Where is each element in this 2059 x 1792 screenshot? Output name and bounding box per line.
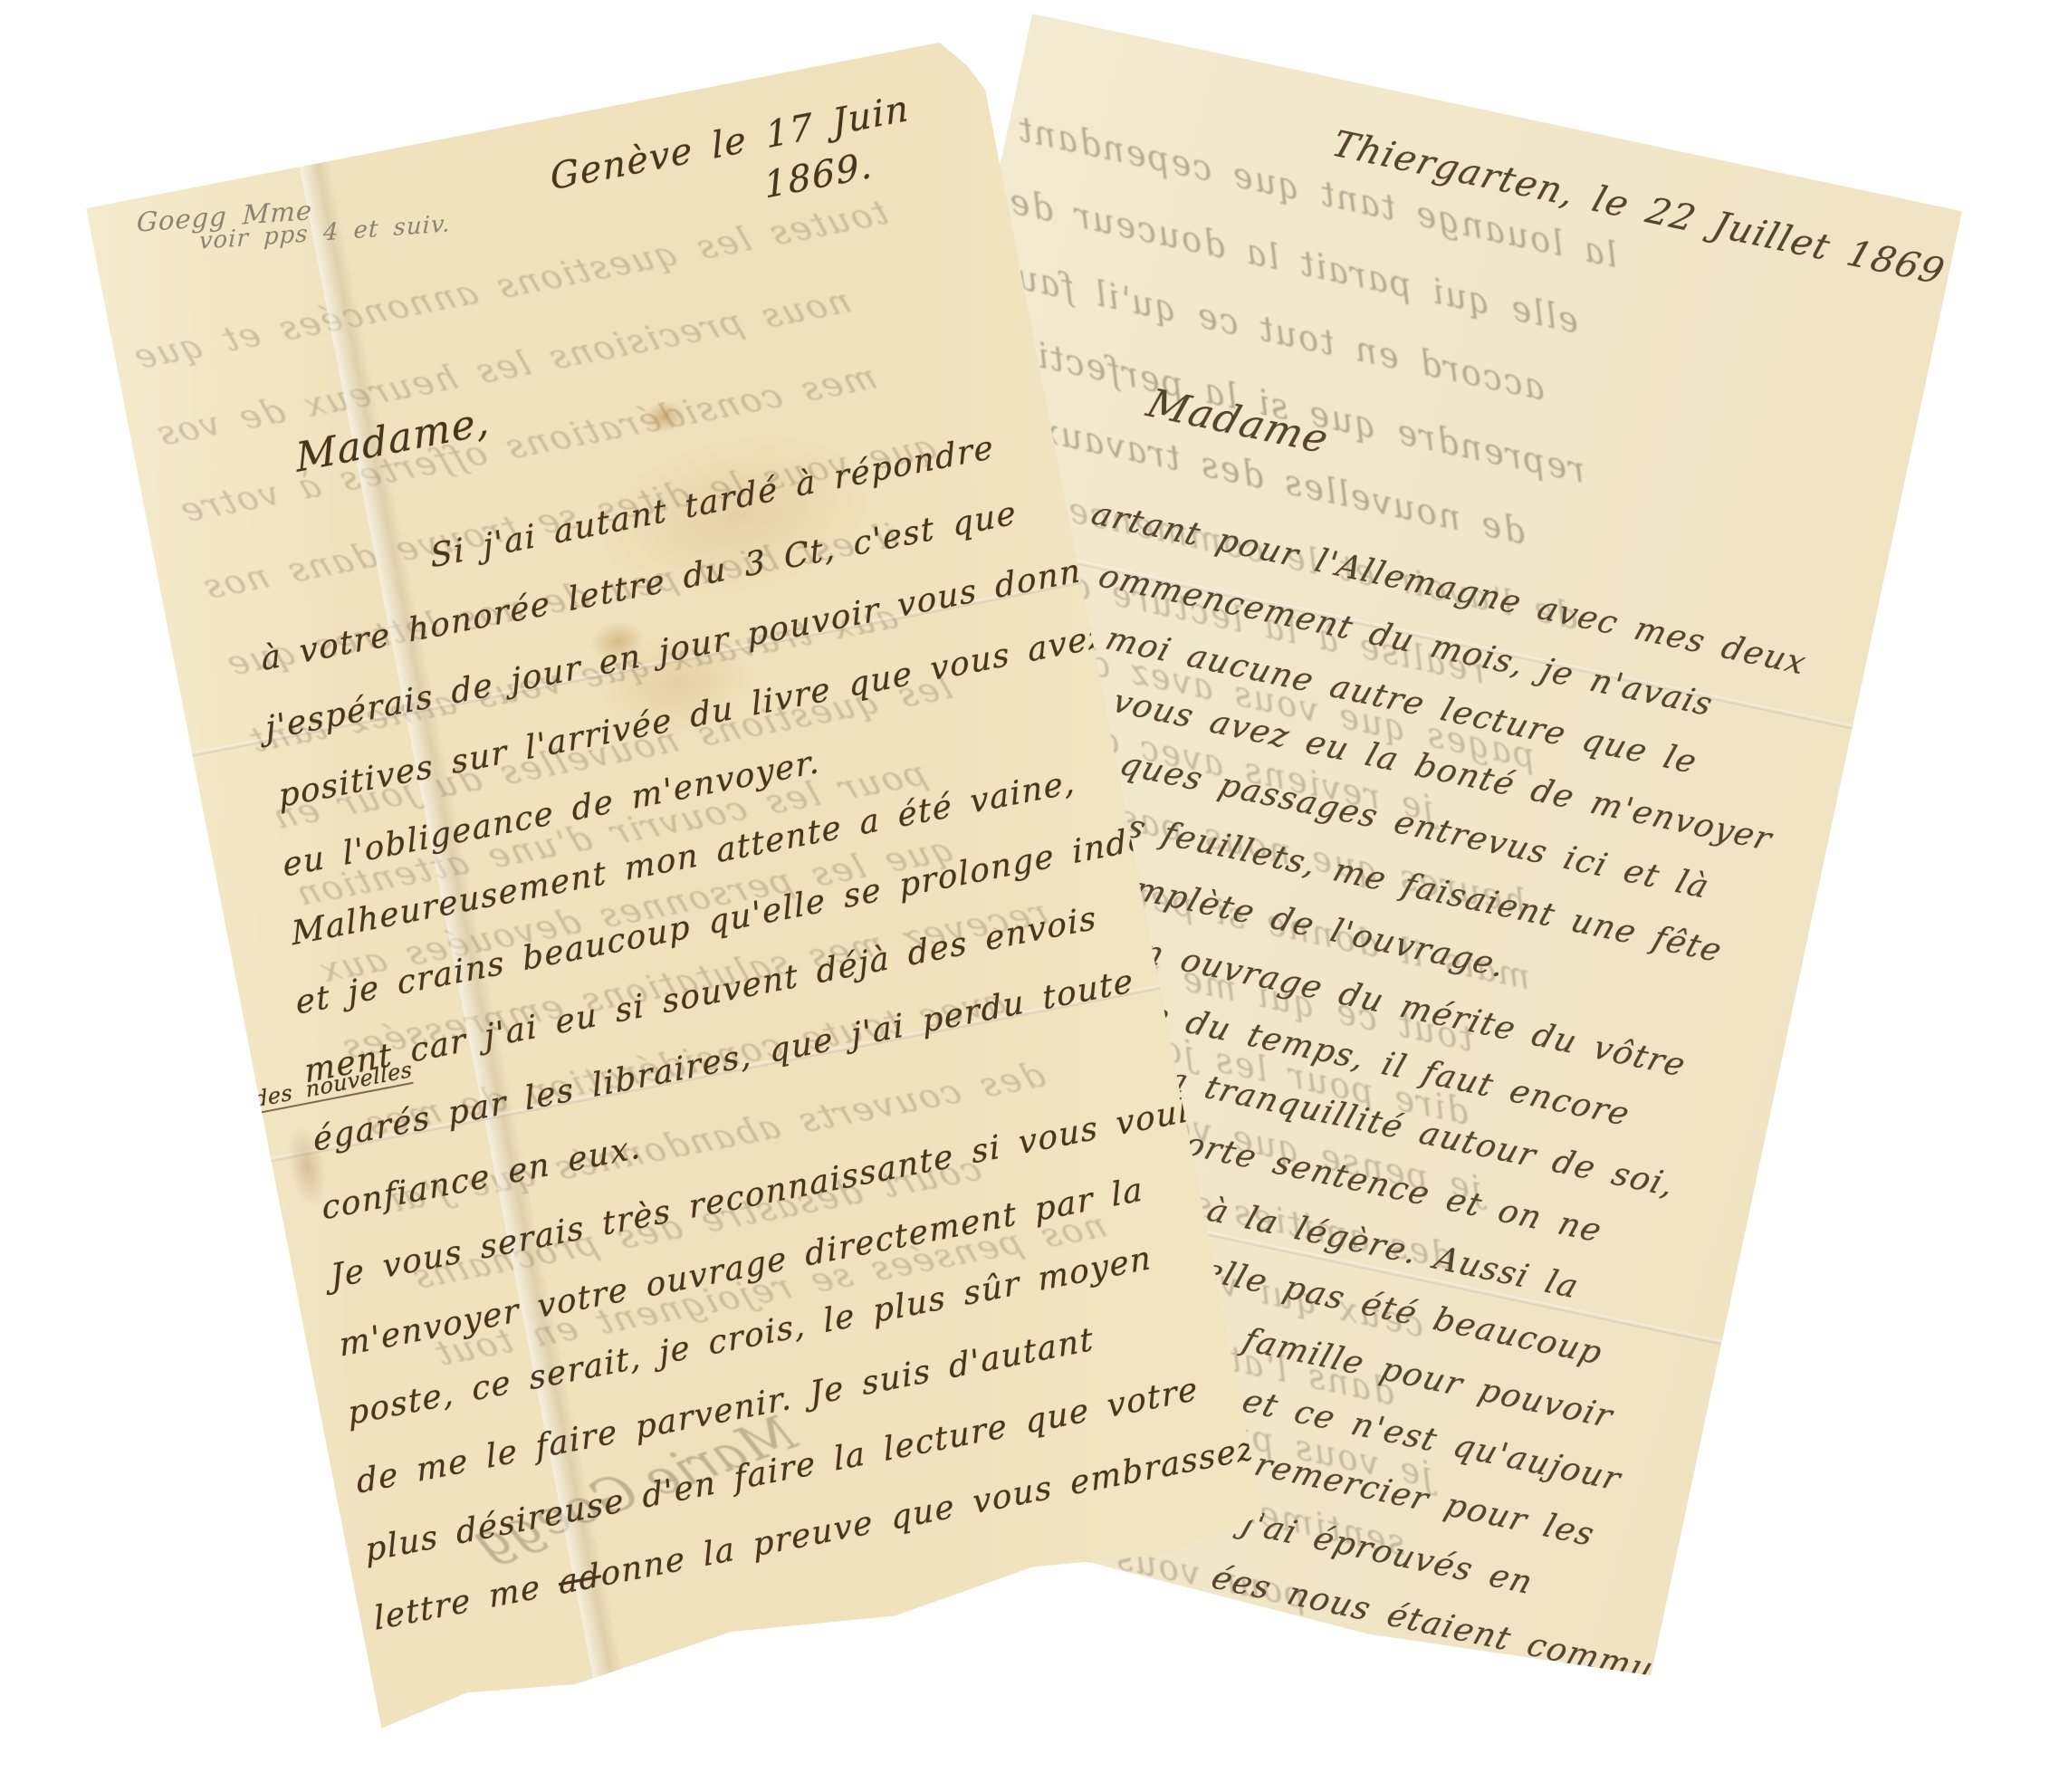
photograph-of-two-letters: la louange tant que cependantelle qui pa… — [0, 0, 2059, 1792]
struck-word: ad — [557, 1557, 602, 1602]
strike-line-before: lettre me — [372, 1565, 560, 1638]
pencil-annotation: Goegg Mme voir pps 4 et suiv. — [136, 185, 453, 260]
